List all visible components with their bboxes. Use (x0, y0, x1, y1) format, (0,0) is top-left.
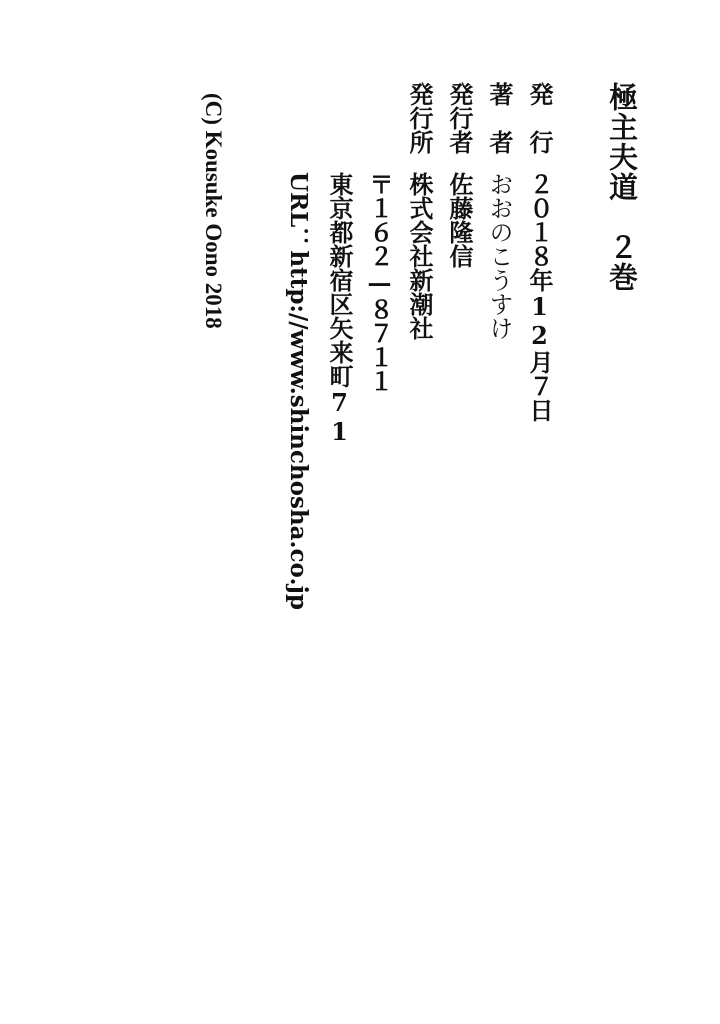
copyright-notice: (C) Kousuke Oono 2018 (202, 93, 225, 329)
publisher-person: 佐藤隆信 (447, 172, 471, 268)
publisher-company: 株式会社新潮社 (407, 172, 431, 340)
label-publisher-person: 発行者 (447, 82, 471, 154)
address: 東京都新宿区矢来町71 (327, 172, 351, 446)
author-name: おおのこうすけ (487, 172, 511, 340)
book-title: 極主夫道 ２巻 (607, 82, 636, 292)
label-author: 著 者 (487, 82, 511, 154)
postal-code: 〒１６２—８７１１ (367, 172, 391, 393)
publication-date: ２０１８年12月７日 (527, 172, 551, 422)
label-publisher-company: 発行所 (407, 82, 431, 154)
publisher-url: URL：http://www.shinchosha.co.jp (287, 172, 310, 610)
label-publication-date: 発 行 (527, 82, 551, 154)
